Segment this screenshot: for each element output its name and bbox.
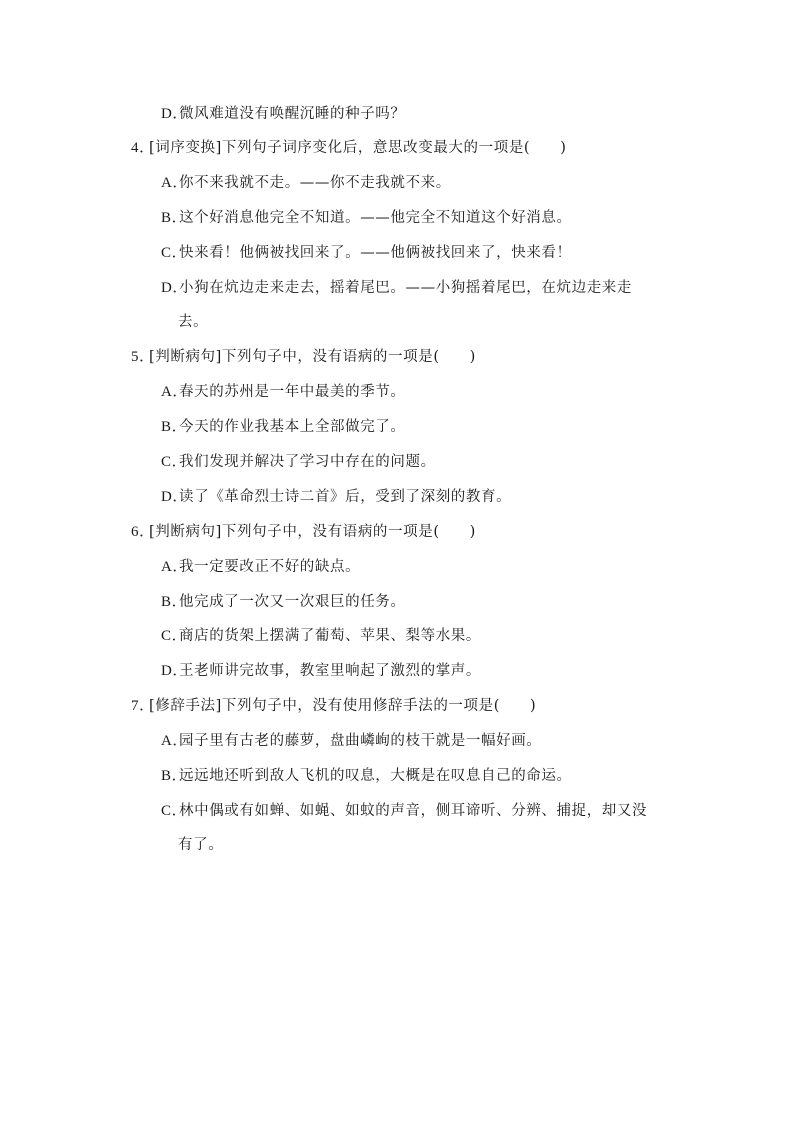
question-tag: [判断病句]	[149, 349, 222, 365]
option-letter: C．	[161, 801, 179, 821]
question-4-stem: 4．[词序变换]下列句子词序变化后，意思改变最大的一项是()	[131, 138, 566, 158]
option-letter: A．	[161, 731, 179, 751]
option-letter: B．	[161, 592, 179, 612]
option-text: 园子里有古老的藤萝，盘曲嶙峋的枝干就是一幅好画。	[179, 733, 541, 749]
option-text: 他完成了一次又一次艰巨的任务。	[179, 594, 406, 610]
question-text: 下列句子中，没有语病的一项是(	[222, 349, 440, 365]
option-letter: A．	[161, 557, 179, 577]
question-number: 5．	[131, 347, 149, 367]
option-text: 微风难道没有唤醒沉睡的种子吗？	[179, 106, 406, 122]
q5-option-b: B．今天的作业我基本上全部做完了。	[161, 417, 406, 437]
question-5-stem: 5．[判断病句]下列句子中，没有语病的一项是()	[131, 347, 476, 367]
question-number: 6．	[131, 522, 149, 542]
question-6-stem: 6．[判断病句]下列句子中，没有语病的一项是()	[131, 522, 476, 542]
option-text: 林中偶或有如蝉、如蝇、如蚊的声音，侧耳谛听、分辨、捕捉，却又没	[179, 803, 647, 819]
document-page: D．微风难道没有唤醒沉睡的种子吗？ 4．[词序变换]下列句子词序变化后，意思改变…	[0, 0, 793, 1122]
q7-option-c: C．林中偶或有如蝉、如蝇、如蚊的声音，侧耳谛听、分辨、捕捉，却又没	[161, 801, 647, 821]
q5-option-d: D．读了《革命烈士诗二首》后，受到了深刻的教育。	[161, 487, 511, 507]
option-text: 读了《革命烈士诗二首》后，受到了深刻的教育。	[179, 489, 511, 505]
option-letter: D．	[161, 661, 179, 681]
question-number: 7．	[131, 696, 149, 716]
option-text: 我们发现并解决了学习中存在的问题。	[179, 454, 436, 470]
option-text: 你不来我就不走。——你不走我就不来。	[179, 175, 451, 191]
option-text: 小狗在炕边走来走去，摇着尾巴。——小狗摇着尾巴，在炕边走来走	[179, 280, 632, 296]
question-text: 下列句子中，没有语病的一项是(	[222, 524, 440, 540]
question-7-stem: 7．[修辞手法]下列句子中，没有使用修辞手法的一项是()	[131, 696, 536, 716]
option-text: 王老师讲完故事，教室里响起了激烈的掌声。	[179, 663, 481, 679]
q6-option-a: A．我一定要改正不好的缺点。	[161, 557, 360, 577]
question-number: 4．	[131, 138, 149, 158]
question-tag: [修辞手法]	[149, 698, 222, 714]
question-tag: [词序变换]	[149, 140, 222, 156]
q4-option-c: C．快来看！他俩被找回来了。——他俩被找回来了，快来看！	[161, 243, 572, 263]
close-paren: )	[530, 698, 536, 714]
q5-option-c: C．我们发现并解决了学习中存在的问题。	[161, 452, 436, 472]
option-text: 春天的苏州是一年中最美的季节。	[179, 384, 406, 400]
option-letter: C．	[161, 626, 179, 646]
q4-option-d: D．小狗在炕边走来走去，摇着尾巴。——小狗摇着尾巴，在炕边走来走	[161, 278, 632, 298]
option-letter: D．	[161, 278, 179, 298]
q3-option-d: D．微风难道没有唤醒沉睡的种子吗？	[161, 104, 406, 124]
question-text: 下列句子词序变化后，意思改变最大的一项是(	[222, 140, 530, 156]
q6-option-b: B．他完成了一次又一次艰巨的任务。	[161, 592, 406, 612]
option-letter: B．	[161, 766, 179, 786]
q5-option-a: A．春天的苏州是一年中最美的季节。	[161, 382, 406, 402]
q7-option-a: A．园子里有古老的藤萝，盘曲嶙峋的枝干就是一幅好画。	[161, 731, 541, 751]
option-letter: D．	[161, 487, 179, 507]
q7-option-b: B．远远地还听到敌人飞机的叹息，大概是在叹息自己的命运。	[161, 766, 572, 786]
option-text: 今天的作业我基本上全部做完了。	[179, 419, 406, 435]
q4-option-a: A．你不来我就不走。——你不走我就不来。	[161, 173, 451, 193]
option-letter: C．	[161, 452, 179, 472]
q7-option-c-wrap: 有了。	[178, 835, 223, 855]
option-text: 这个好消息他完全不知道。——他完全不知道这个好消息。	[179, 210, 572, 226]
close-paren: )	[470, 349, 476, 365]
option-letter: C．	[161, 243, 179, 263]
option-letter: B．	[161, 208, 179, 228]
q6-option-c: C．商店的货架上摆满了葡萄、苹果、梨等水果。	[161, 626, 481, 646]
option-text: 商店的货架上摆满了葡萄、苹果、梨等水果。	[179, 628, 481, 644]
q6-option-d: D．王老师讲完故事，教室里响起了激烈的掌声。	[161, 661, 481, 681]
option-letter: D．	[161, 104, 179, 124]
question-text: 下列句子中，没有使用修辞手法的一项是(	[222, 698, 500, 714]
question-tag: [判断病句]	[149, 524, 222, 540]
option-letter: A．	[161, 173, 179, 193]
q4-option-b: B．这个好消息他完全不知道。——他完全不知道这个好消息。	[161, 208, 572, 228]
close-paren: )	[470, 524, 476, 540]
q4-option-d-wrap: 去。	[178, 312, 208, 332]
option-text: 远远地还听到敌人飞机的叹息，大概是在叹息自己的命运。	[179, 768, 572, 784]
option-letter: A．	[161, 382, 179, 402]
option-letter: B．	[161, 417, 179, 437]
option-text: 快来看！他俩被找回来了。——他俩被找回来了，快来看！	[179, 245, 572, 261]
option-text: 我一定要改正不好的缺点。	[179, 559, 360, 575]
close-paren: )	[560, 140, 566, 156]
